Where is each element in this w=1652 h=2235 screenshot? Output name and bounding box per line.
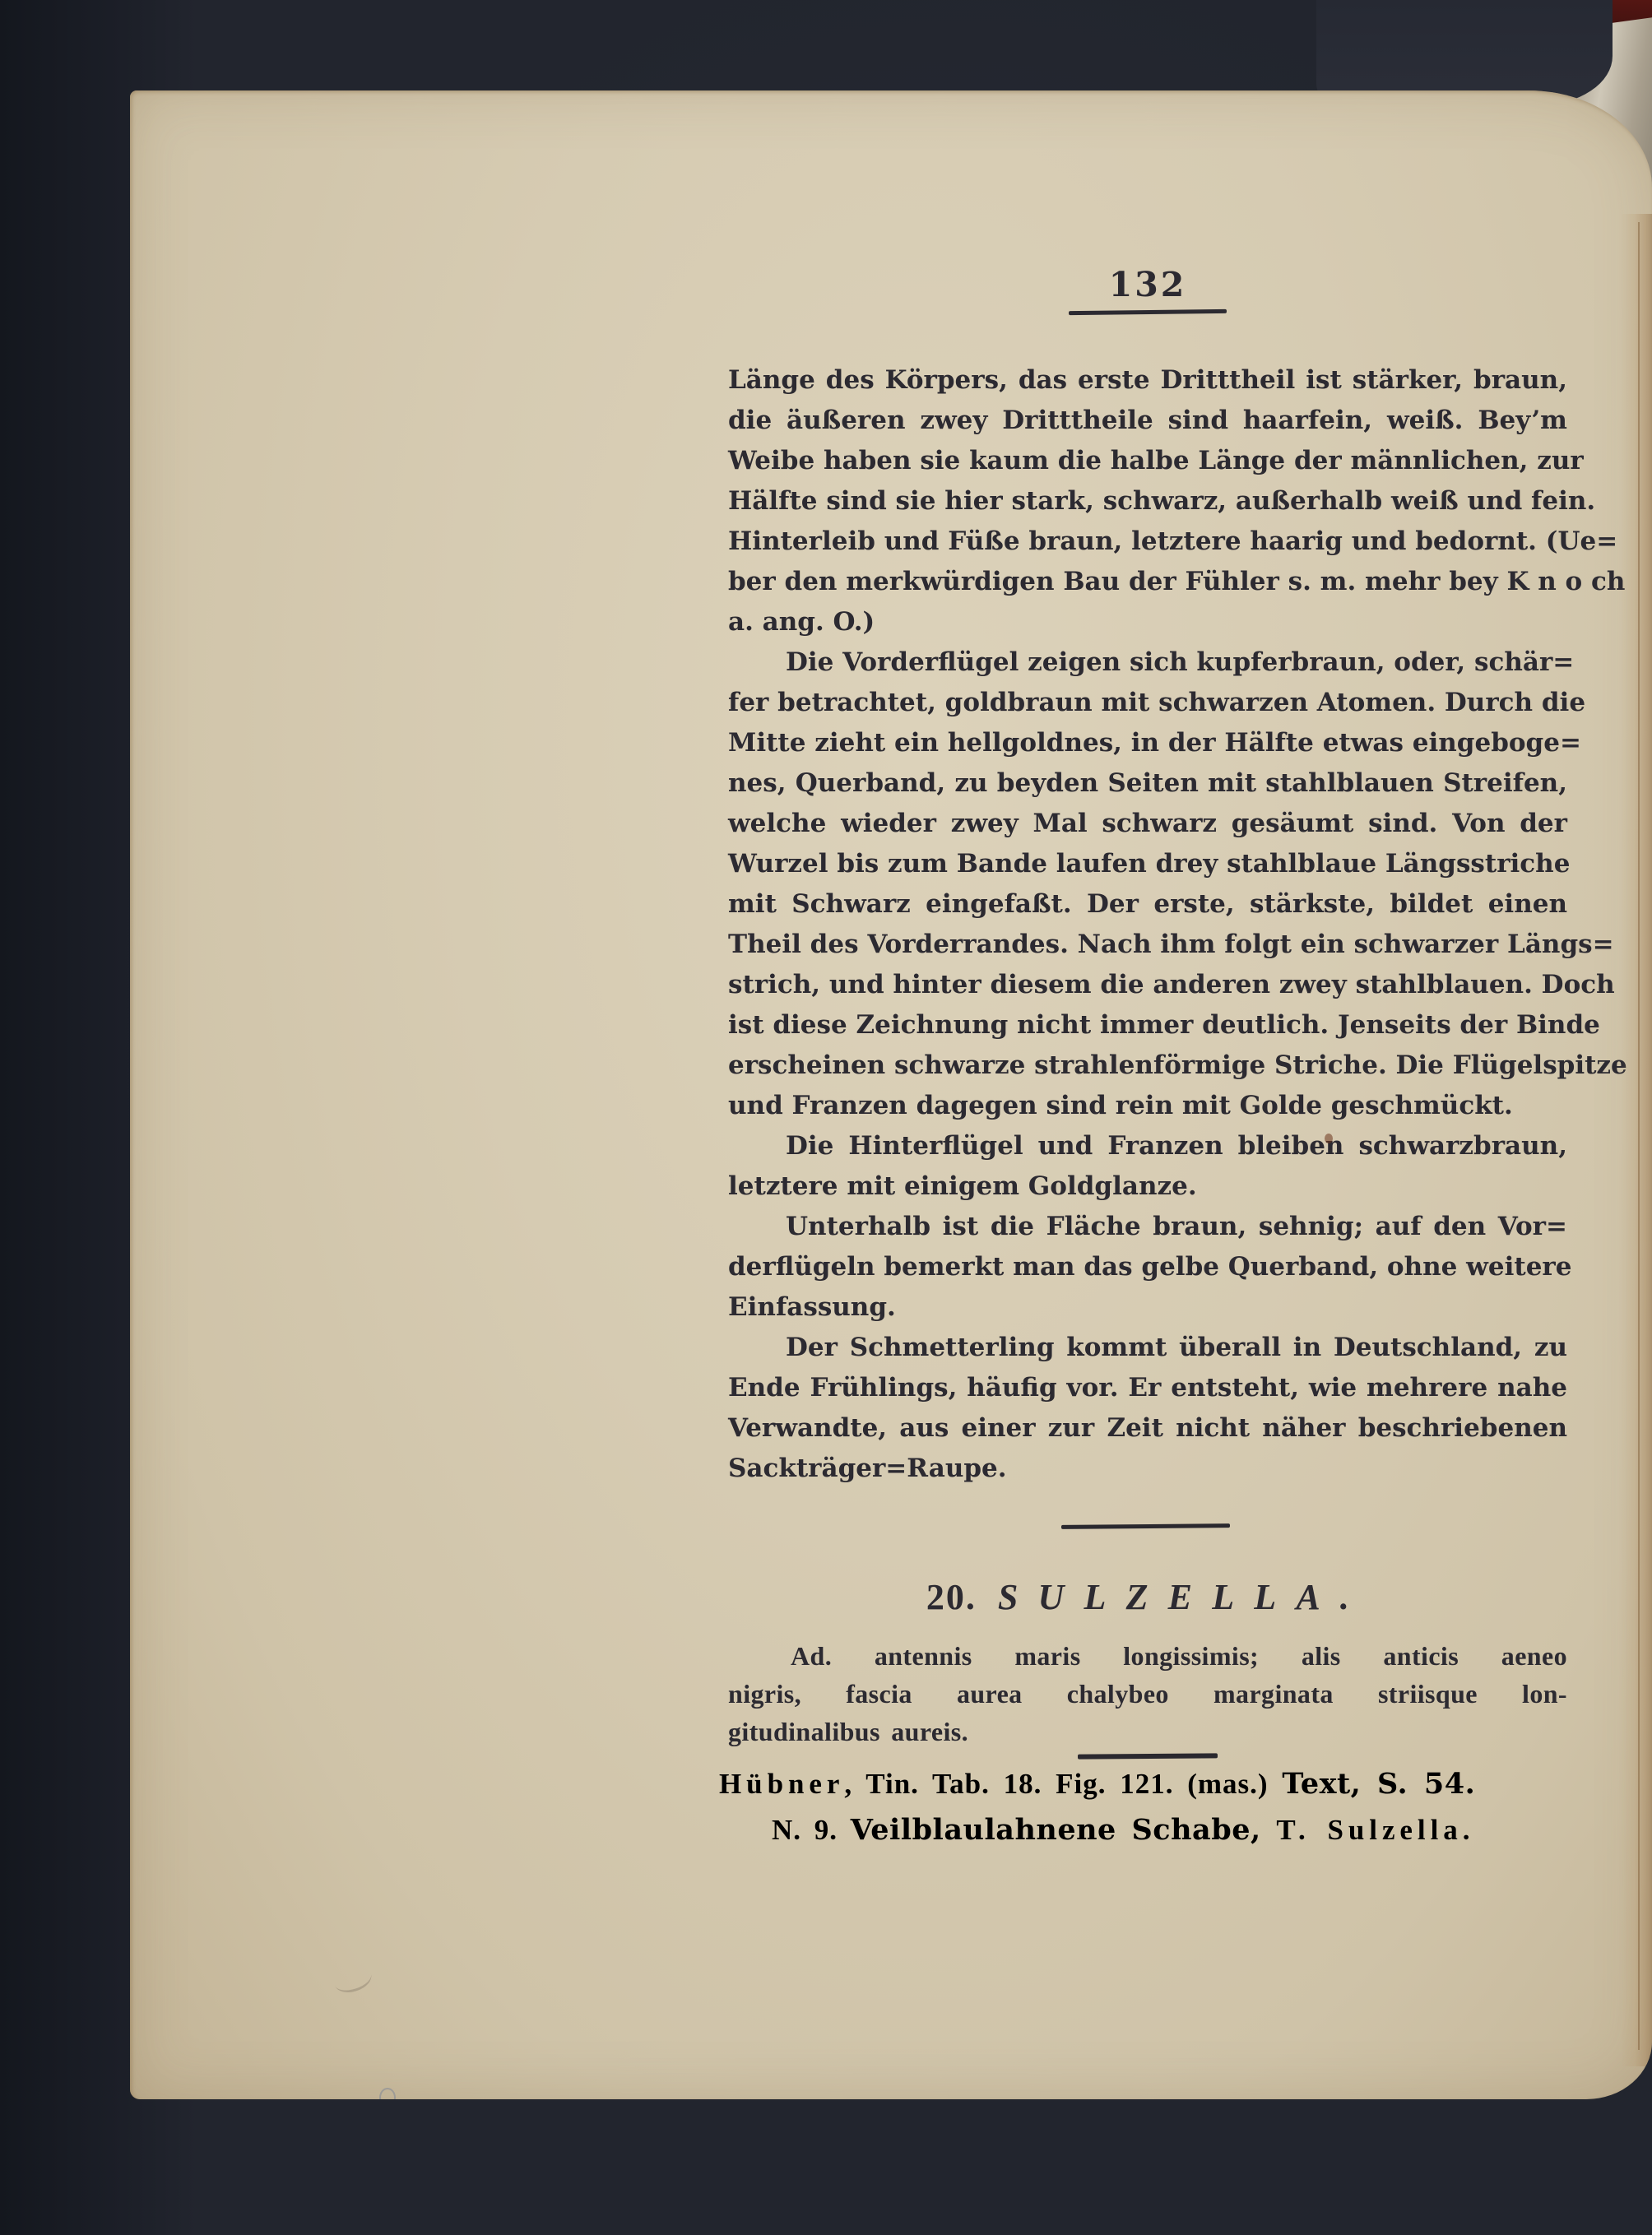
text-line: ber den merkwürdigen Bau der Fühler s. m… (728, 562, 1567, 602)
text-line: Hälfte sind sie hier stark, schwarz, auß… (728, 481, 1567, 522)
text-line: Sackträger=Raupe. (728, 1449, 1567, 1489)
latin-line: nigris, fascia aurea chalybeo marginata … (728, 1675, 1567, 1713)
page-number: 132 (728, 268, 1567, 302)
text-line: letztere mit einigem Goldglanze. (728, 1166, 1567, 1207)
reference-german-name: Veilblaulahnene Schabe, (851, 1813, 1277, 1847)
section-divider (1061, 1523, 1230, 1529)
text-line: nes, Querband, zu beyden Seiten mit stah… (728, 763, 1567, 804)
text-line: Wurzel bis zum Bande laufen drey stahlbl… (728, 844, 1567, 884)
page-fore-edge-shading (1621, 214, 1652, 2066)
page-number-rule (1069, 309, 1227, 315)
body-text: Länge des Körpers, das erste Dritttheil … (728, 360, 1567, 1489)
section-number: 20. (926, 1577, 977, 1617)
ink-mark (379, 2088, 396, 2099)
latin-diagnosis: Ad. antennis maris longissimis; alis ant… (728, 1637, 1567, 1750)
text-line: Unterhalb ist die Fläche braun, sehnig; … (728, 1207, 1567, 1247)
text-line: strich, und hinter diesem die anderen zw… (728, 965, 1567, 1005)
pencil-mark (332, 1963, 375, 1997)
reference-author: Hübner (719, 1768, 844, 1800)
text-line: Verwandte, aus einer zur Zeit nicht nähe… (728, 1408, 1567, 1449)
latin-line: gitudinalibus aureis. (728, 1713, 1567, 1750)
latin-line: Ad. antennis maris longissimis; alis ant… (728, 1637, 1567, 1675)
diagnosis-divider (1078, 1753, 1218, 1759)
text-line: derflügeln bemerkt man das gelbe Querban… (728, 1247, 1567, 1287)
text-line: Die Hinterflügel und Franzen bleiben sch… (728, 1126, 1567, 1166)
text-line: Theil des Vorderrandes. Nach ihm folgt e… (728, 925, 1567, 965)
text-line: Länge des Körpers, das erste Dritttheil … (728, 360, 1567, 401)
text-line: Hinterleib und Füße braun, letztere haar… (728, 522, 1567, 562)
text-line: Die Vorderflügel zeigen sich kupferbraun… (728, 642, 1567, 683)
reference-text-page: Text, S. 54. (1282, 1767, 1475, 1801)
page-header: 132 (728, 268, 1567, 314)
scan-speck (1325, 1134, 1333, 1143)
book-cover-corner (1316, 0, 1613, 105)
text-line: die äußeren zwey Dritttheile sind haarfe… (728, 401, 1567, 441)
reference-citation: , Tin. Tab. 18. Fig. 121. (mas.) (844, 1768, 1282, 1800)
text-line: welche wieder zwey Mal schwarz gesäumt s… (728, 804, 1567, 844)
reference-line-german: N. 9. Veilblaulahnene Schabe, T. Sulzell… (772, 1813, 1474, 1847)
section-heading: 20.SULZELLA. (728, 1576, 1567, 1620)
text-line: Ende Frühlings, häufig vor. Er entsteht,… (728, 1368, 1567, 1408)
species-name: SULZELLA. (998, 1577, 1369, 1617)
book-scan: 132 Länge des Körpers, das erste Drittth… (0, 0, 1652, 2235)
text-line: mit Schwarz eingefaßt. Der erste, stärks… (728, 884, 1567, 925)
text-line: ist diese Zeichnung nicht immer deutlich… (728, 1005, 1567, 1046)
page-fore-edge-line (1638, 222, 1640, 2050)
reference-line-hubner: Hübner, Tin. Tab. 18. Fig. 121. (mas.) T… (719, 1767, 1475, 1801)
book-page: 132 Länge des Körpers, das erste Drittth… (130, 90, 1652, 2099)
text-line: Der Schmetterling kommt überall in Deuts… (728, 1328, 1567, 1368)
text-line: a. ang. O.) (728, 602, 1567, 642)
reference-species: T. Sulzella. (1276, 1814, 1474, 1846)
text-line: Weibe haben sie kaum die halbe Länge der… (728, 441, 1567, 481)
text-line: und Franzen dagegen sind rein mit Golde … (728, 1086, 1567, 1126)
text-line: Mitte zieht ein hellgoldnes, in der Hälf… (728, 723, 1567, 763)
reference-number: N. 9. (772, 1814, 851, 1846)
text-line: fer betrachtet, goldbraun mit schwarzen … (728, 683, 1567, 723)
text-line: erscheinen schwarze strahlenförmige Stri… (728, 1046, 1567, 1086)
text-line: Einfassung. (728, 1287, 1567, 1328)
